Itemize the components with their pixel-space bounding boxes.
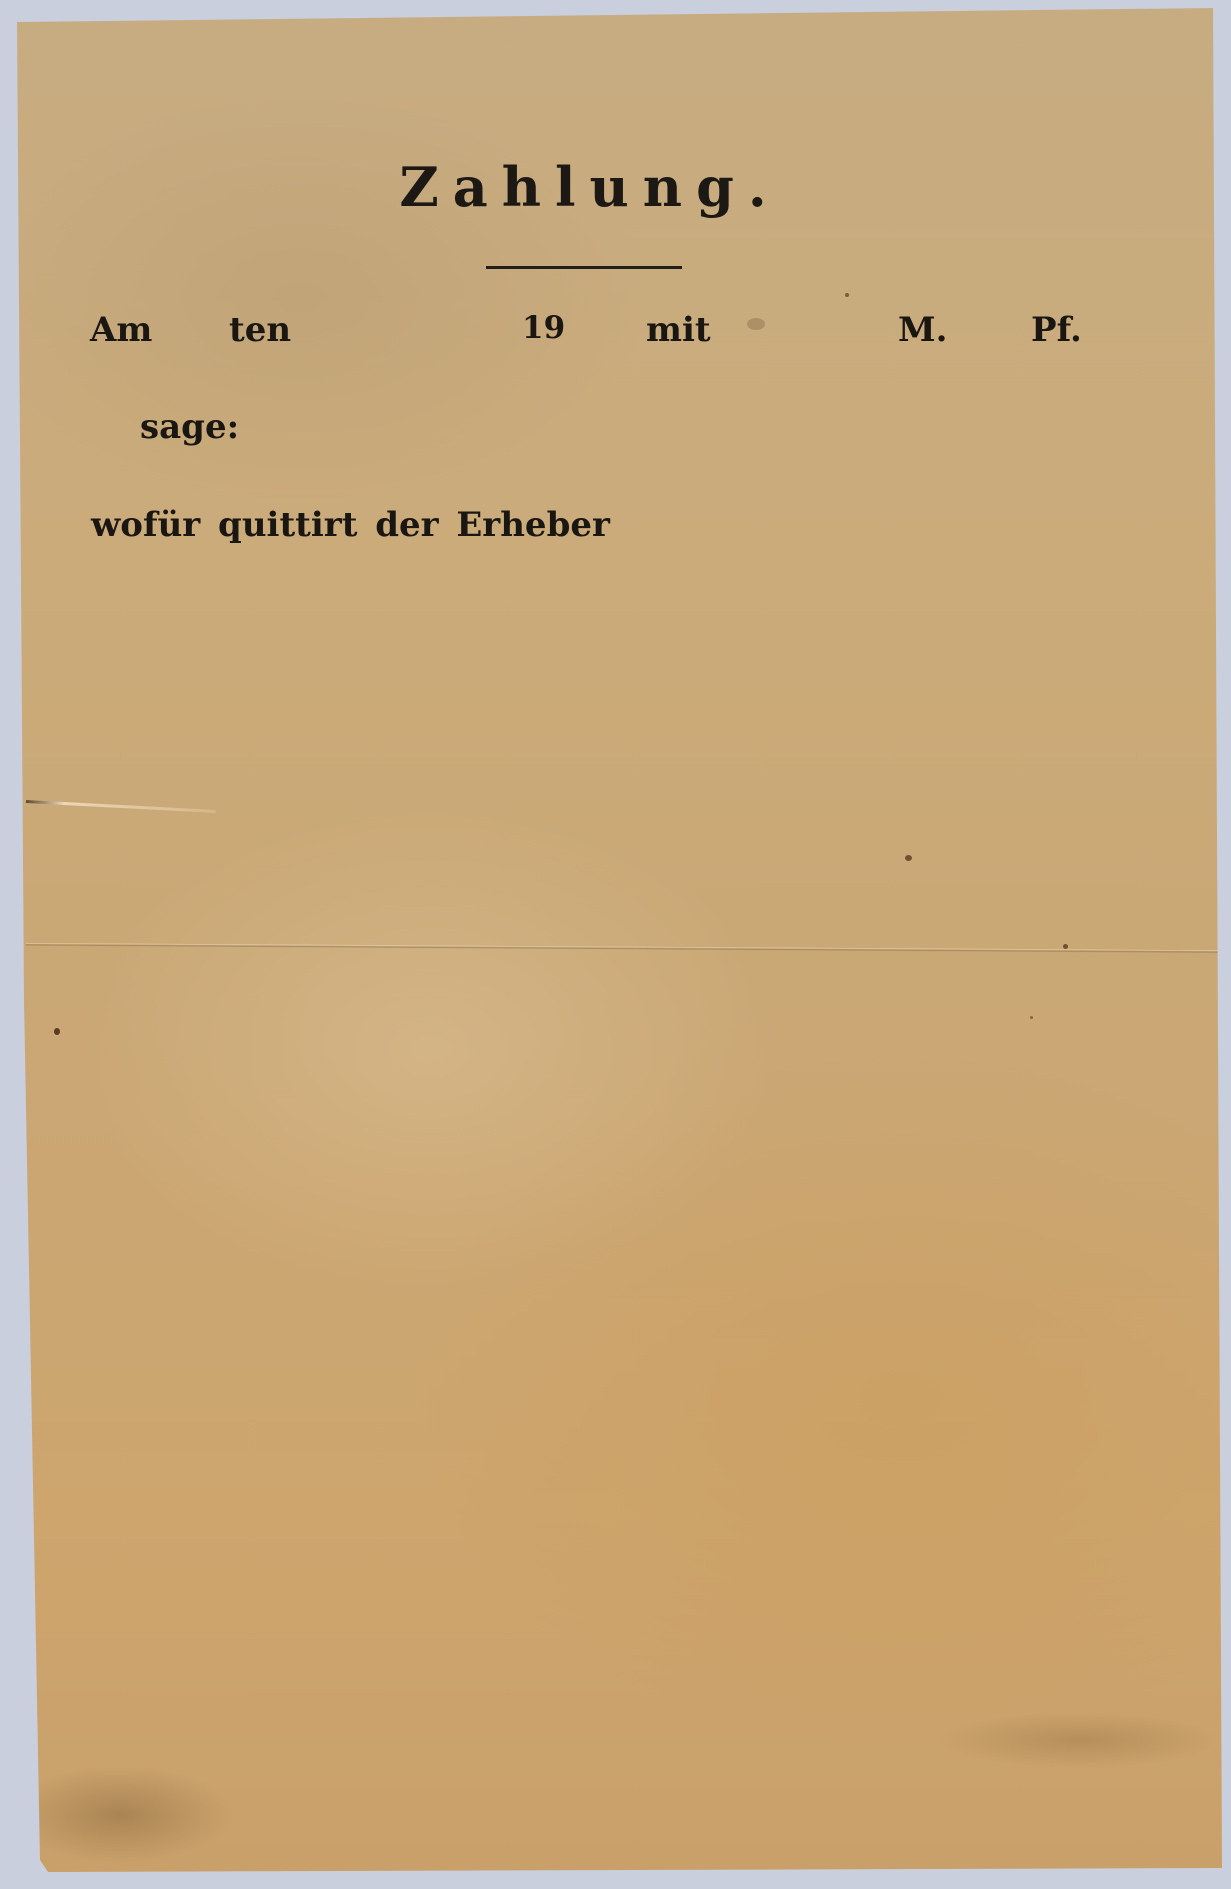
title-underline — [486, 266, 682, 269]
label-year-prefix: 19 — [522, 313, 565, 344]
label-am: Am — [90, 313, 152, 347]
label-mit: mit — [646, 313, 711, 347]
paper-speck — [1030, 1016, 1033, 1019]
label-mark: M. — [898, 313, 947, 347]
paper-speck — [54, 1028, 60, 1035]
label-pfennig: Pf. — [1031, 313, 1082, 347]
paper-speck — [747, 318, 765, 330]
edge-tear — [26, 800, 216, 813]
paper-speck — [905, 855, 912, 861]
label-sage: sage: — [140, 410, 239, 444]
paper-speck — [845, 293, 849, 297]
label-receipt-statement: wofür quittirt der Erheber — [91, 508, 610, 542]
form-title: Zahlung. — [0, 155, 1180, 219]
fold-crease — [26, 943, 1221, 953]
label-ten: ten — [229, 313, 291, 347]
paper-speck — [1063, 944, 1068, 949]
paper-form: Zahlung. Am ten 19 mit M. Pf. sage: wofü… — [0, 0, 1231, 1889]
